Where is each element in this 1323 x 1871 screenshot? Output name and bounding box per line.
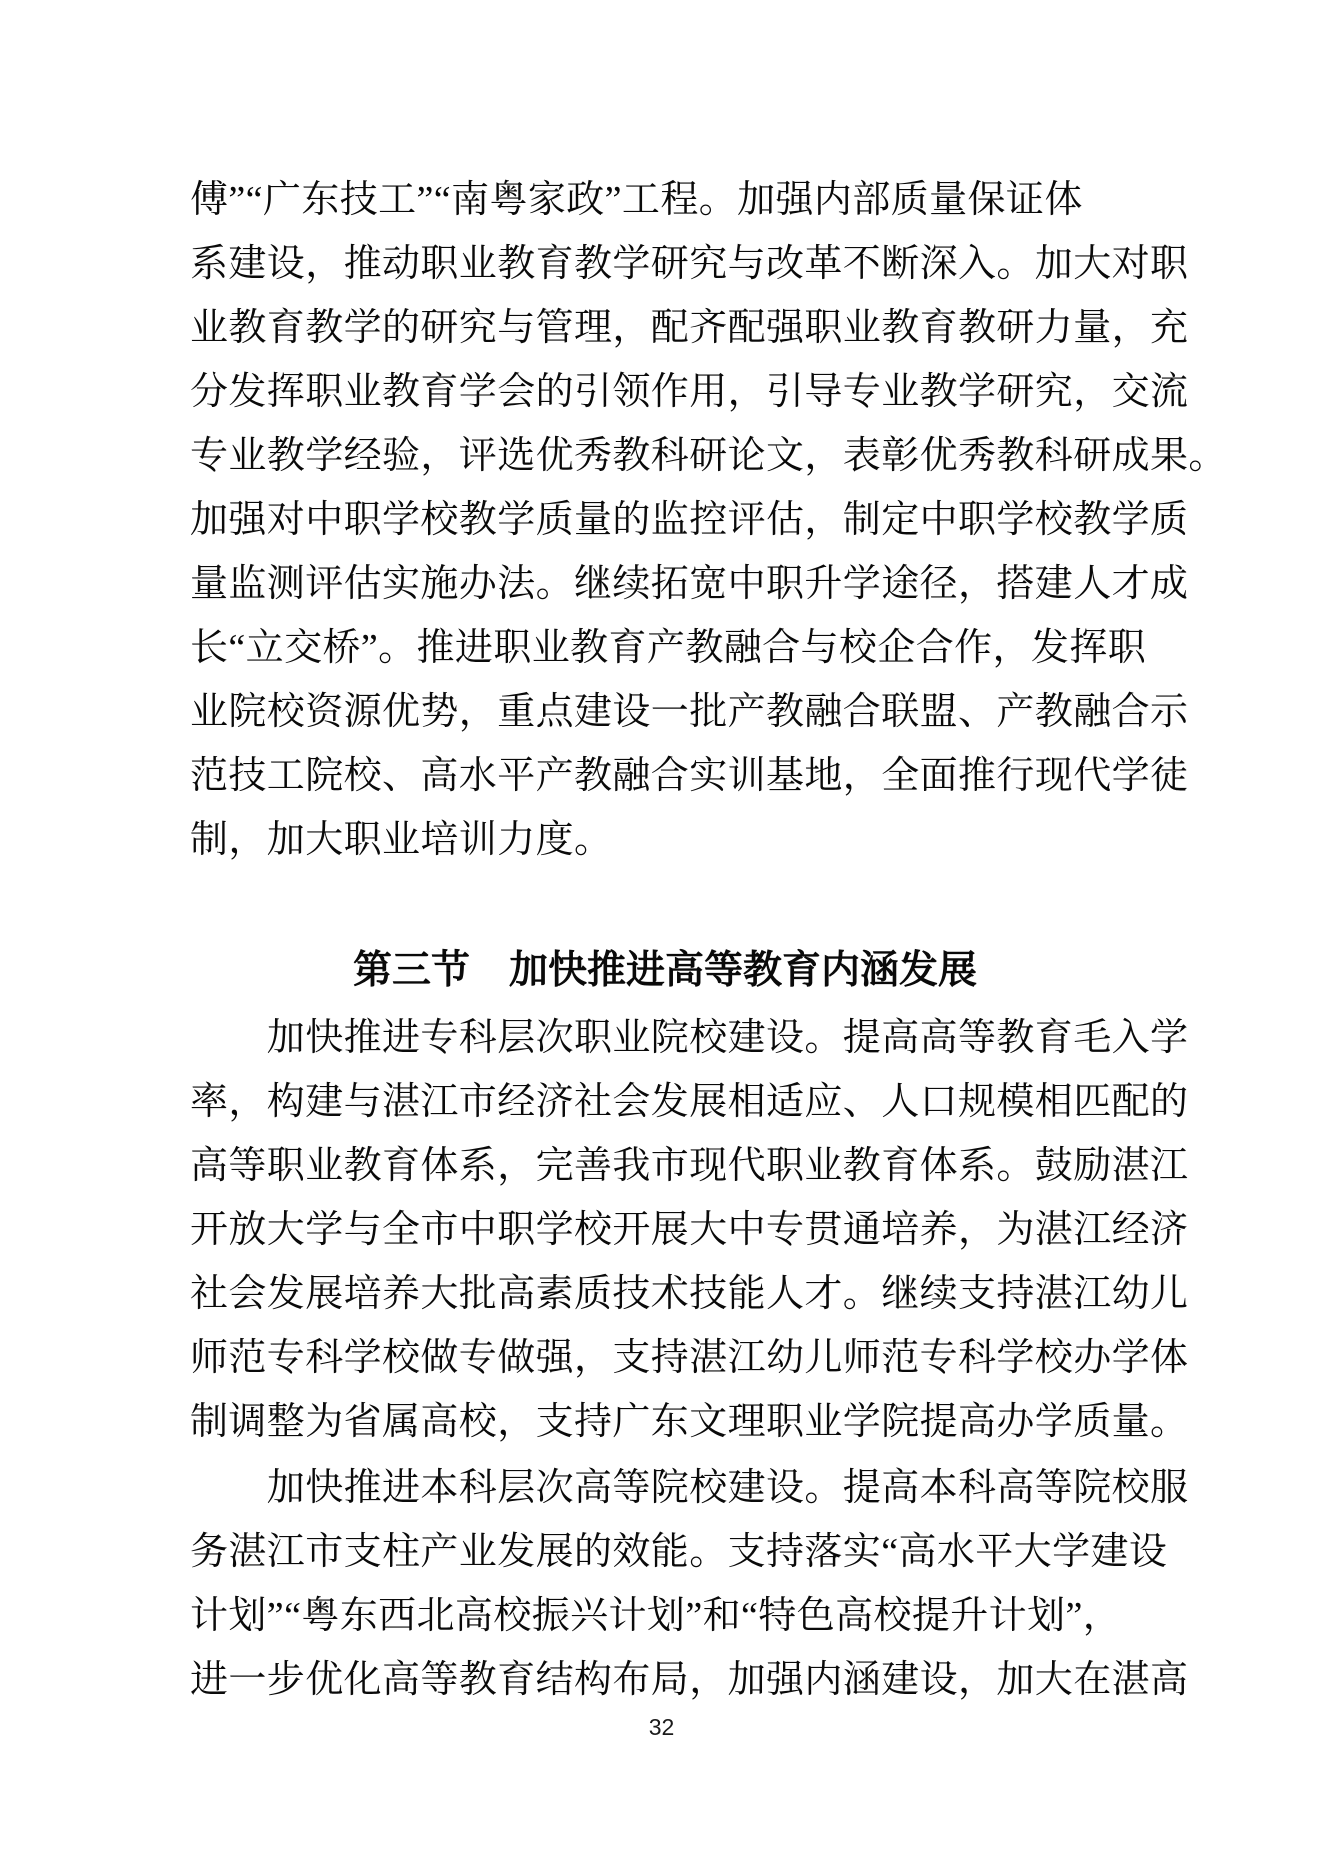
section-heading: 第三节 加快推进高等教育内涵发展: [190, 939, 1140, 1003]
text-line: 加强对中职学校教学质量的监控评估，制定中职学校教学质: [190, 488, 1140, 552]
page-number: 32: [0, 1714, 1323, 1741]
text-line: 系建设，推动职业教育教学研究与改革不断深入。加大对职: [190, 232, 1140, 296]
text-line: 加快推进本科层次高等院校建设。提高本科高等院校服: [190, 1456, 1140, 1520]
text-line: 长“立交桥”。推进职业教育产教融合与校企合作，发挥职: [190, 616, 1140, 680]
body-paragraph-1: 傅”“广东技工”“南粤家政”工程。加强内部质量保证体系建设，推动职业教育教学研究…: [190, 168, 1140, 872]
text-line: 分发挥职业教育学会的引领作用，引导专业教学研究，交流: [190, 360, 1140, 424]
text-line: 师范专科学校做专做强，支持湛江幼儿师范专科学校办学体: [190, 1326, 1140, 1390]
text-line: 进一步优化高等教育结构布局，加强内涵建设，加大在湛高: [190, 1648, 1140, 1712]
body-paragraph-2: 加快推进专科层次职业院校建设。提高高等教育毛入学率，构建与湛江市经济社会发展相适…: [190, 1006, 1140, 1454]
text-line: 傅”“广东技工”“南粤家政”工程。加强内部质量保证体: [190, 168, 1140, 232]
text-line: 量监测评估实施办法。继续拓宽中职升学途径，搭建人才成: [190, 552, 1140, 616]
text-line: 业教育教学的研究与管理，配齐配强职业教育教研力量，充: [190, 296, 1140, 360]
document-page: 傅”“广东技工”“南粤家政”工程。加强内部质量保证体系建设，推动职业教育教学研究…: [0, 0, 1323, 1871]
text-line: 计划”“粤东西北高校振兴计划”和“特色高校提升计划”，: [190, 1584, 1140, 1648]
text-line: 范技工院校、高水平产教融合实训基地，全面推行现代学徒: [190, 744, 1140, 808]
text-line: 社会发展培养大批高素质技术技能人才。继续支持湛江幼儿: [190, 1262, 1140, 1326]
text-line: 务湛江市支柱产业发展的效能。支持落实“高水平大学建设: [190, 1520, 1140, 1584]
text-line: 高等职业教育体系，完善我市现代职业教育体系。鼓励湛江: [190, 1134, 1140, 1198]
text-line: 专业教学经验，评选优秀教科研论文，表彰优秀教科研成果。: [190, 424, 1140, 488]
text-line: 加快推进专科层次职业院校建设。提高高等教育毛入学: [190, 1006, 1140, 1070]
text-line: 业院校资源优势，重点建设一批产教融合联盟、产教融合示: [190, 680, 1140, 744]
body-paragraph-3: 加快推进本科层次高等院校建设。提高本科高等院校服务湛江市支柱产业发展的效能。支持…: [190, 1456, 1140, 1712]
text-line: 率，构建与湛江市经济社会发展相适应、人口规模相匹配的: [190, 1070, 1140, 1134]
text-line: 制，加大职业培训力度。: [190, 808, 1140, 872]
text-line: 制调整为省属高校，支持广东文理职业学院提高办学质量。: [190, 1390, 1140, 1454]
text-line: 开放大学与全市中职学校开展大中专贯通培养，为湛江经济: [190, 1198, 1140, 1262]
